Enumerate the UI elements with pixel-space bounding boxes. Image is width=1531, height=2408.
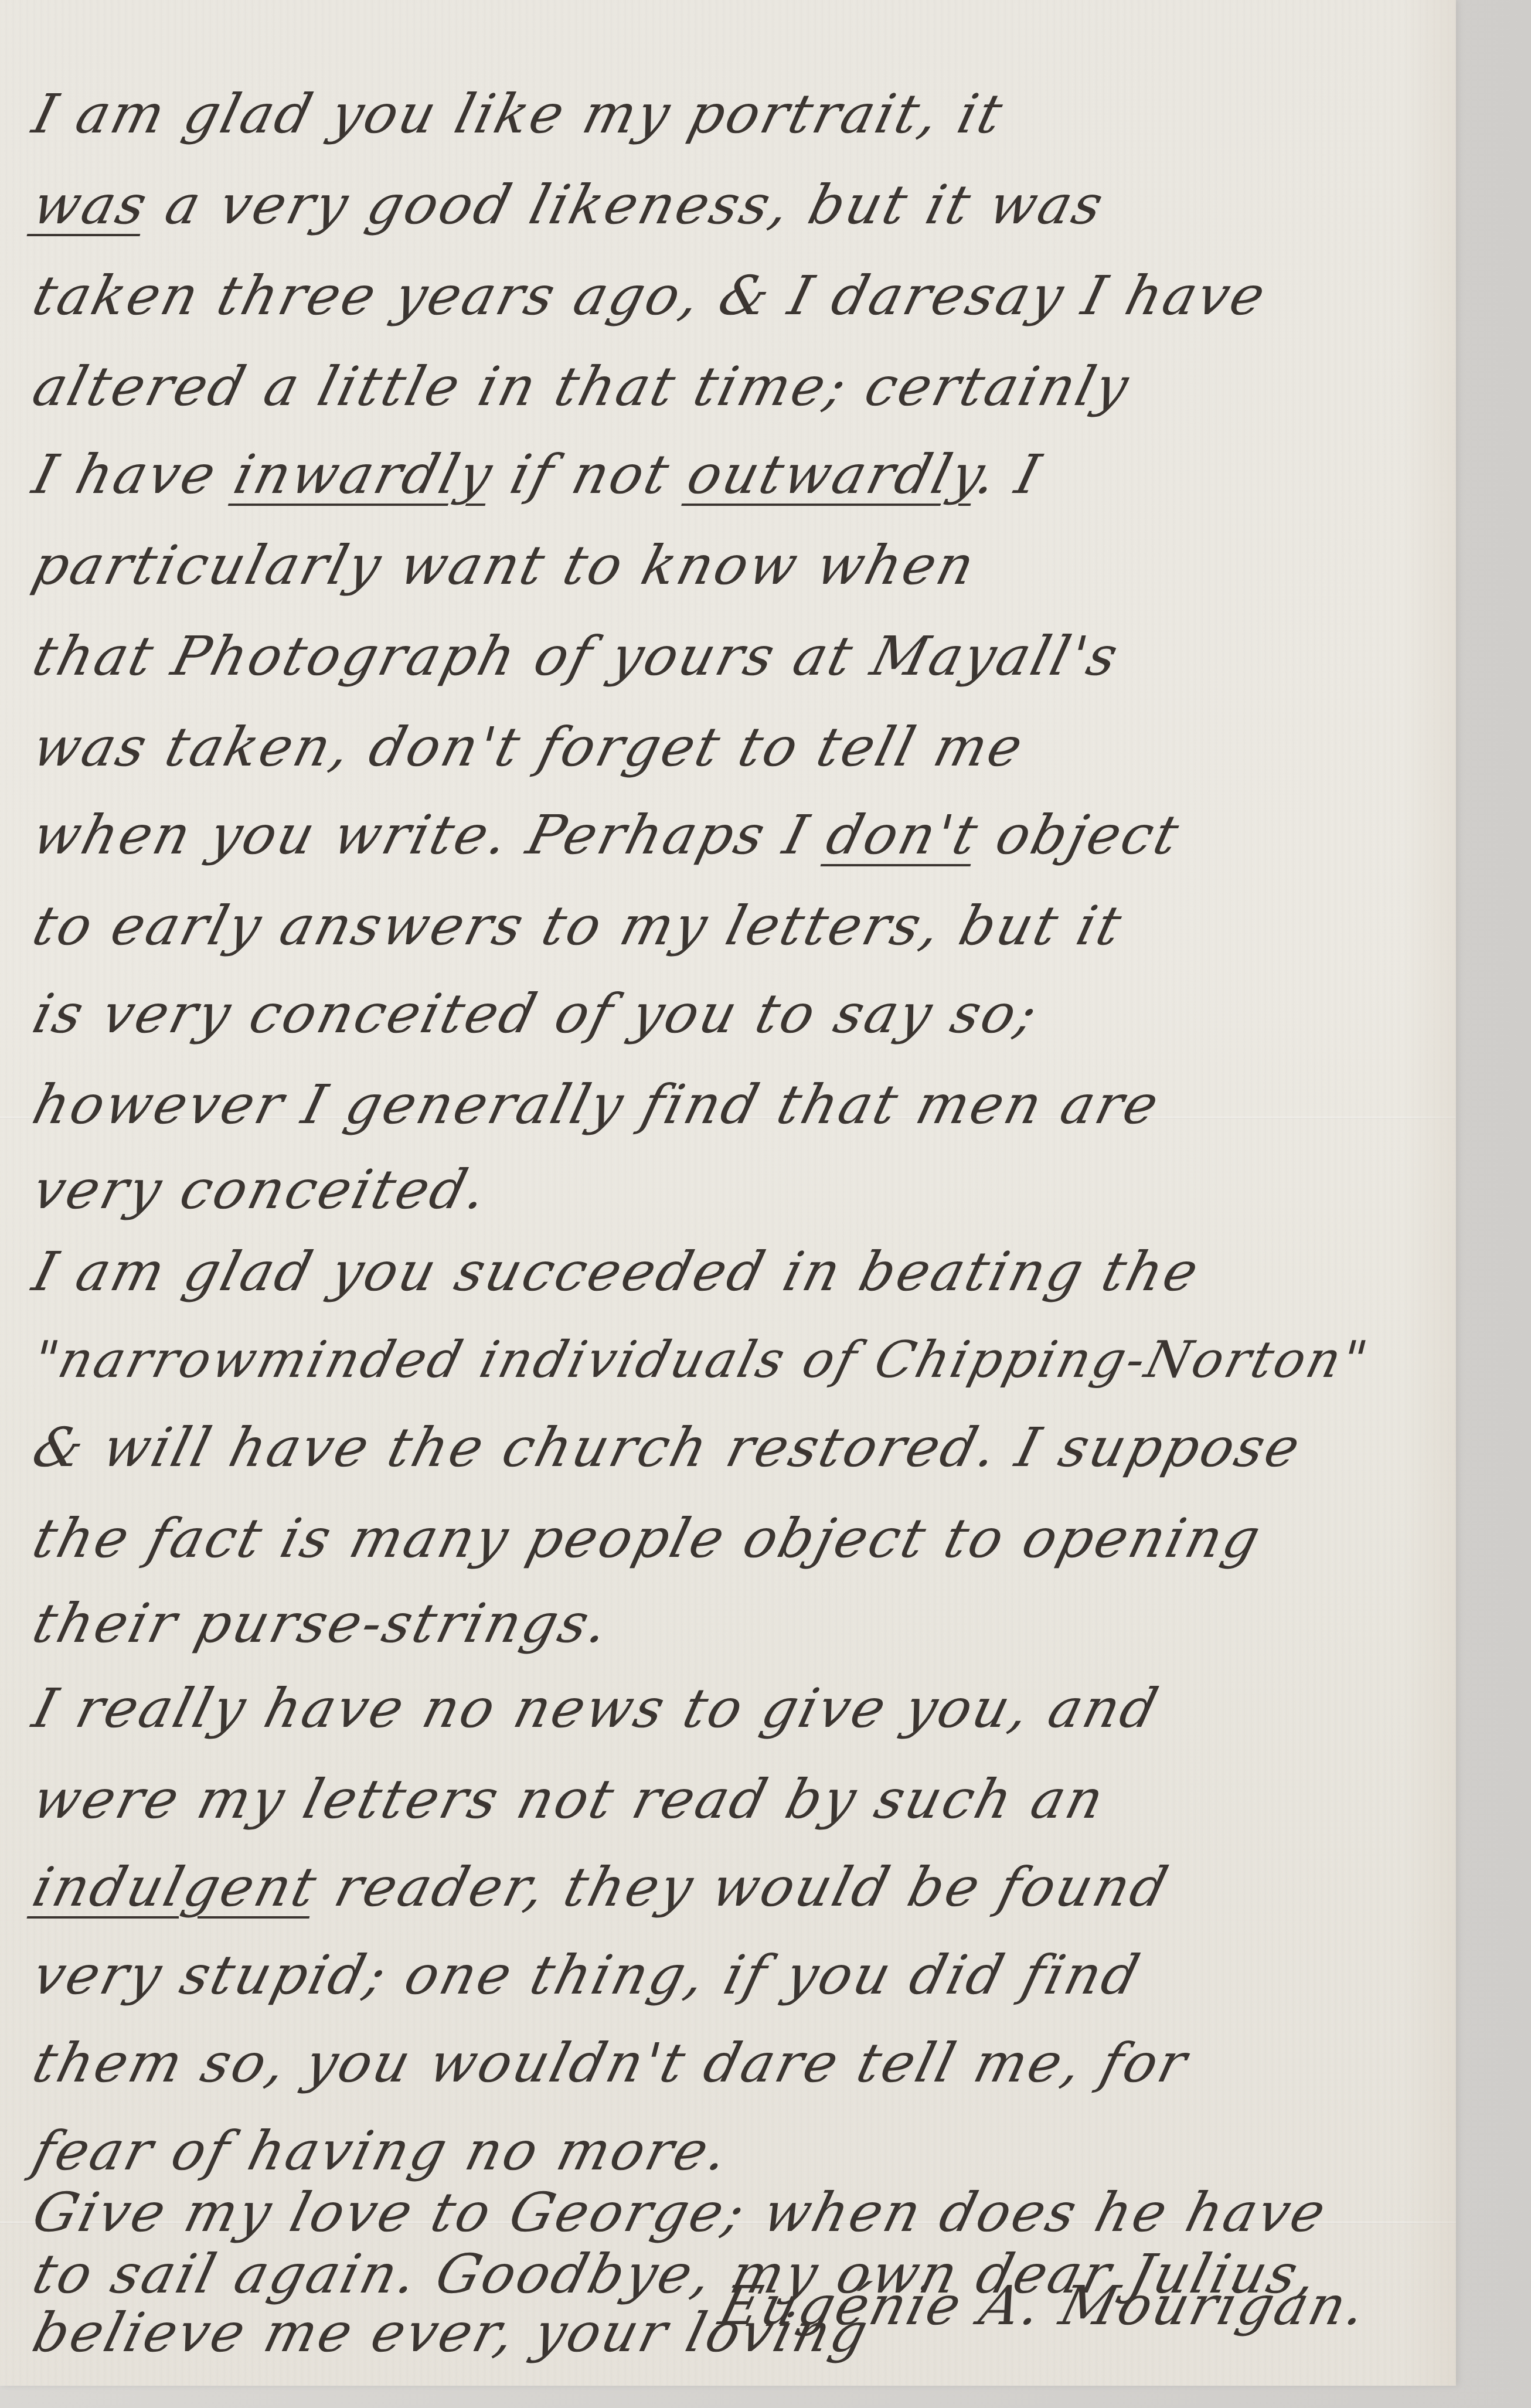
- letter-line: indulgent reader, they would be found: [23, 1844, 1179, 1931]
- letter-line: that Photograph of yours at Mayall's: [23, 613, 1129, 700]
- underlined-word: indulgent: [26, 1856, 324, 1919]
- letter-line: to early answers to my letters, but it: [23, 882, 1133, 970]
- letter-line: particularly want to know when: [23, 522, 986, 610]
- letter-line: & will have the church restored. I suppo…: [23, 1404, 1311, 1492]
- letter-line: is very conceited of you to say so;: [23, 970, 1049, 1058]
- letter-line-part: if not: [485, 443, 697, 506]
- underlined-word: don't: [821, 804, 986, 866]
- letter-line-part: object: [970, 804, 1187, 866]
- underlined-word: was: [26, 174, 155, 236]
- letter-line: very conceited.: [23, 1146, 498, 1234]
- underlined-word: inwardly: [228, 443, 501, 506]
- letter-line: taken three years ago, & I daresay I hav…: [23, 252, 1277, 340]
- letter-line: altered a little in that time; certainly: [23, 343, 1140, 431]
- letter-line: was a very good likeness, but it was: [23, 161, 1114, 249]
- letter-page: I am glad you like my portrait, it was a…: [0, 0, 1456, 2386]
- letter-line: their purse-strings.: [23, 1580, 620, 1668]
- letter-line: I am glad you like my portrait, it: [23, 70, 1014, 158]
- letter-line: however I generally find that men are: [23, 1061, 1170, 1149]
- letter-line: I am glad you succeeded in beating the: [23, 1228, 1210, 1316]
- letter-line-part: I have: [26, 443, 243, 506]
- letter-line-rest: a very good likeness, but it was: [140, 174, 1111, 236]
- letter-line: I really have no news to give you, and: [23, 1665, 1169, 1753]
- letter-line: the fact is many people object to openin…: [23, 1495, 1271, 1583]
- letter-line-part: reader, they would be found: [309, 1856, 1176, 1919]
- letter-line: were my letters not read by such an: [23, 1756, 1115, 1844]
- letter-line: very stupid; one thing, if you did find: [23, 1931, 1151, 2019]
- letter-line: was taken, don't forget to tell me: [23, 703, 1034, 791]
- signature: Eugénie A. Mourigan.: [713, 2274, 1375, 2337]
- letter-line: I have inwardly if not outwardly. I: [23, 431, 1052, 519]
- letter-line-part: when you write. Perhaps I: [26, 804, 836, 866]
- letter-line: them so, you wouldn't dare tell me, for: [23, 2019, 1198, 2107]
- letter-line: when you write. Perhaps I don't object: [23, 791, 1190, 879]
- letter-line: "narrowminded individuals of Chipping-No…: [23, 1316, 1379, 1404]
- underlined-word: outwardly: [681, 443, 986, 506]
